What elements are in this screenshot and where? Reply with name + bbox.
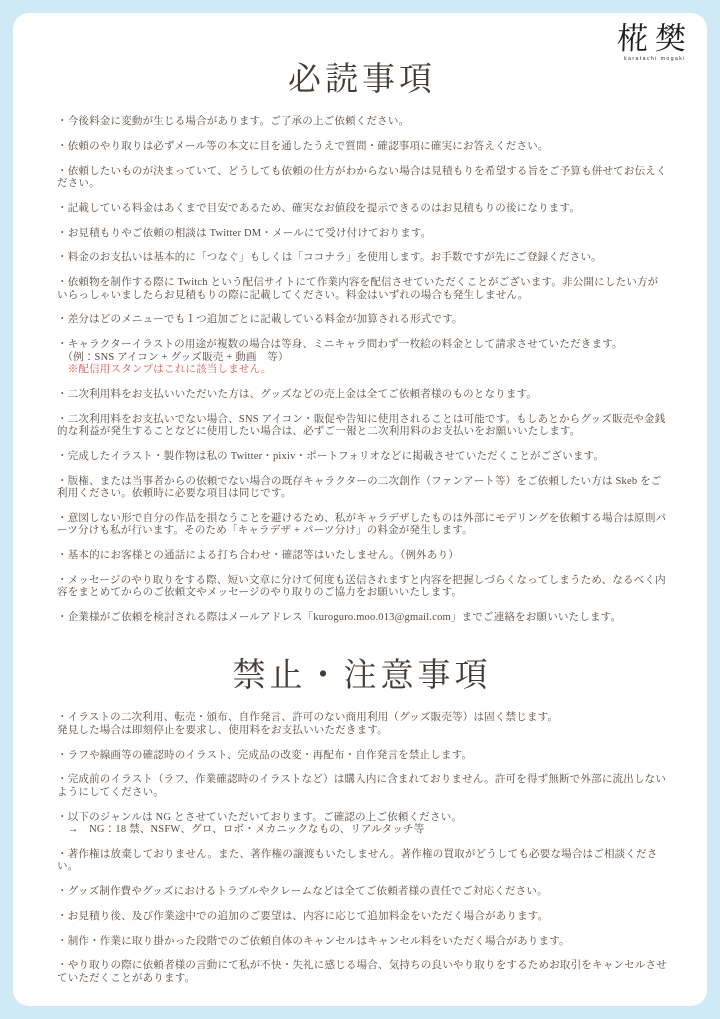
bullet-item: ・料金のお支払いは基本的に「つなぐ」もしくは「ココナラ」を使用します。お手数です…	[57, 252, 667, 264]
bullet-item: ・依頼のやり取りは必ずメール等の本文に目を通したうえで質問・確認事項に確実にお答…	[57, 141, 667, 153]
section-title-must-read: 必読事項	[57, 53, 667, 100]
bullet-line: ・完成したイラスト・製作物は私の Twitter・pixiv・ポートフォリオなど…	[57, 451, 604, 462]
section-title-prohibited: 禁止・注意事項	[57, 649, 667, 696]
bullet-line: ・今後料金に変動が生じる場合があります。ご了承の上ご依頼ください。	[57, 116, 409, 127]
bullet-item: ・著作権は放棄しておりません。また、著作権の譲渡もいたしません。著作権の買取がど…	[57, 849, 667, 874]
bullet-line: ・お見積もりやご依頼の相談は Twitter DM・メールにて受け付けております…	[57, 228, 432, 239]
artist-logo: 椛樊 karatachi mogaki	[607, 23, 703, 62]
bullet-line: ・依頼物を制作する際に Twitch という配信サイトにて作業内容を配信させてい…	[57, 277, 658, 300]
bullet-item: ・制作・作業に取り掛かった段階でのご依頼自体のキャンセルはキャンセル料をいただく…	[57, 936, 667, 948]
bullet-item: ・お見積もりやご依頼の相談は Twitter DM・メールにて受け付けております…	[57, 228, 667, 240]
bullet-line: ・制作・作業に取り掛かった段階でのご依頼自体のキャンセルはキャンセル料をいただく…	[57, 936, 570, 947]
bullet-item: ・完成前のイラスト（ラフ、作業確認時のイラストなど）は購入内に含まれておりません…	[57, 774, 667, 799]
bullet-item: ・意図しない形で自分の作品を損なうことを避けるため、私がキャラデザしたものは外部…	[57, 513, 667, 538]
bullet-item: ・メッセージのやり取りをする際、短い文章に分けて何度も送信されますと内容を把握し…	[57, 575, 667, 600]
bullet-line: ・版権、または当事者からの依頼でない場合の既存キャラクターの二次創作（ファンアー…	[57, 476, 662, 499]
bullet-line: 発見した場合は即刻停止を要求し、使用料をお支払いいただきます。	[57, 725, 388, 736]
bullet-line: ・基本的にお客様との通話による打ち合わせ・確認等はいたしません。（例外あり）	[57, 550, 459, 561]
bullet-line: ・差分はどのメニューでも１つ追加ごとに記載している料金が加算される形式です。	[57, 314, 463, 325]
bullet-line: → NG：18 禁、NSFW、グロ、ロボ・メカニックなもの、リアルタッチ等	[57, 824, 424, 835]
bullet-item: ・依頼したいものが決まっていて、どうしても依頼の仕方がわからない場合は見積もりを…	[57, 166, 667, 191]
bullet-line: ・イラストの二次利用、転売・頒布、自作発言、許可のない商用利用（グッズ販売等）は…	[57, 712, 558, 723]
bullet-item: ・今後料金に変動が生じる場合があります。ご了承の上ご依頼ください。	[57, 116, 667, 128]
bullet-line: ・依頼のやり取りは必ずメール等の本文に目を通したうえで質問・確認事項に確実にお答…	[57, 141, 549, 152]
bullet-line: ・依頼したいものが決まっていて、どうしても依頼の仕方がわからない場合は見積もりを…	[57, 166, 667, 189]
section-must-read: 必読事項 ・今後料金に変動が生じる場合があります。ご了承の上ご依頼ください。・依…	[57, 53, 667, 624]
bullet-item: ・依頼物を制作する際に Twitch という配信サイトにて作業内容を配信させてい…	[57, 277, 667, 302]
prohibited-list: ・イラストの二次利用、転売・頒布、自作発言、許可のない商用利用（グッズ販売等）は…	[57, 712, 667, 985]
page-border: 椛樊 karatachi mogaki 必読事項 ・今後料金に変動が生じる場合が…	[0, 0, 720, 1019]
warning-text: ※配信用スタンプはこれに該当しません。	[57, 364, 272, 375]
bullet-item: ・差分はどのメニューでも１つ追加ごとに記載している料金が加算される形式です。	[57, 314, 667, 326]
bullet-line: ・記載している料金はあくまで目安であるため、確実なお値段を提示できるのはお見積も…	[57, 203, 580, 214]
must-read-list: ・今後料金に変動が生じる場合があります。ご了承の上ご依頼ください。・依頼のやり取…	[57, 116, 667, 624]
bullet-line: ・メッセージのやり取りをする際、短い文章に分けて何度も送信されますと内容を把握し…	[57, 575, 666, 598]
bullet-item: ・版権、または当事者からの依頼でない場合の既存キャラクターの二次創作（ファンアー…	[57, 476, 667, 501]
bullet-line: （例：SNS アイコン + グッズ販売 + 動画 等）	[57, 352, 289, 363]
bullet-item: ・グッズ制作費やグッズにおけるトラブルやクレームなどは全てご依頼者様の責任でご対…	[57, 886, 667, 898]
bullet-item: ・二次利用料をお支払いでない場合、SNS アイコン・販促や告知に使用されることは…	[57, 414, 667, 439]
bullet-line: ・二次利用料をお支払いいただいた方は、グッズなどの売上金は全てご依頼者様のものと…	[57, 389, 537, 400]
bullet-item: ・ラフや線画等の確認時のイラスト、完成品の改変・再配布・自作発言を禁止します。	[57, 750, 667, 762]
bullet-line: ・著作権は放棄しておりません。また、著作権の譲渡もいたしません。著作権の買取がど…	[57, 849, 657, 872]
bullet-line: ・キャラクターイラストの用途が複数の場合は等身、ミニキャラ問わず一枚絵の料金とし…	[57, 339, 623, 350]
bullet-line: ・料金のお支払いは基本的に「つなぐ」もしくは「ココナラ」を使用します。お手数です…	[57, 252, 602, 263]
document-card: 椛樊 karatachi mogaki 必読事項 ・今後料金に変動が生じる場合が…	[13, 13, 707, 1006]
bullet-item: ・やり取りの際に依頼者様の言動にて私が不快・失礼に感じる場合、気持ちの良いやり取…	[57, 960, 667, 985]
bullet-line: ・意図しない形で自分の作品を損なうことを避けるため、私がキャラデザしたものは外部…	[57, 513, 666, 536]
bullet-line: ・二次利用料をお支払いでない場合、SNS アイコン・販促や告知に使用されることは…	[57, 414, 665, 437]
bullet-item: ・記載している料金はあくまで目安であるため、確実なお値段を提示できるのはお見積も…	[57, 203, 667, 215]
bullet-line: ・以下のジャンルは NG とさせていただいております。ご確認の上ご依頼ください。	[57, 812, 462, 823]
bullet-item: ・企業様がご依頼を検討される際はメールアドレス「kuroguro.moo.013…	[57, 612, 667, 624]
artist-logo-romaji: karatachi mogaki	[607, 57, 703, 62]
bullet-line: ・グッズ制作費やグッズにおけるトラブルやクレームなどは全てご依頼者様の責任でご対…	[57, 886, 548, 897]
bullet-item: ・イラストの二次利用、転売・頒布、自作発言、許可のない商用利用（グッズ販売等）は…	[57, 712, 667, 737]
bullet-line: ・ラフや線画等の確認時のイラスト、完成品の改変・再配布・自作発言を禁止します。	[57, 750, 472, 761]
bullet-item: ・基本的にお客様との通話による打ち合わせ・確認等はいたしません。（例外あり）	[57, 550, 667, 562]
bullet-item: ・お見積り後、及び作業途中での追加のご要望は、内容に応じて追加料金をいただく場合…	[57, 911, 667, 923]
section-prohibited: 禁止・注意事項 ・イラストの二次利用、転売・頒布、自作発言、許可のない商用利用（…	[57, 649, 667, 985]
bullet-item: ・以下のジャンルは NG とさせていただいております。ご確認の上ご依頼ください。…	[57, 812, 667, 837]
bullet-item: ・キャラクターイラストの用途が複数の場合は等身、ミニキャラ問わず一枚絵の料金とし…	[57, 339, 667, 376]
bullet-line: ・やり取りの際に依頼者様の言動にて私が不快・失礼に感じる場合、気持ちの良いやり取…	[57, 960, 667, 983]
bullet-item: ・二次利用料をお支払いいただいた方は、グッズなどの売上金は全てご依頼者様のものと…	[57, 389, 667, 401]
bullet-line: ・完成前のイラスト（ラフ、作業確認時のイラストなど）は購入内に含まれておりません…	[57, 774, 666, 797]
bullet-line: ・お見積り後、及び作業途中での追加のご要望は、内容に応じて追加料金をいただく場合…	[57, 911, 548, 922]
artist-logo-kanji: 椛樊	[616, 23, 693, 54]
bullet-line: ・企業様がご依頼を検討される際はメールアドレス「kuroguro.moo.013…	[57, 612, 621, 623]
bullet-item: ・完成したイラスト・製作物は私の Twitter・pixiv・ポートフォリオなど…	[57, 451, 667, 463]
